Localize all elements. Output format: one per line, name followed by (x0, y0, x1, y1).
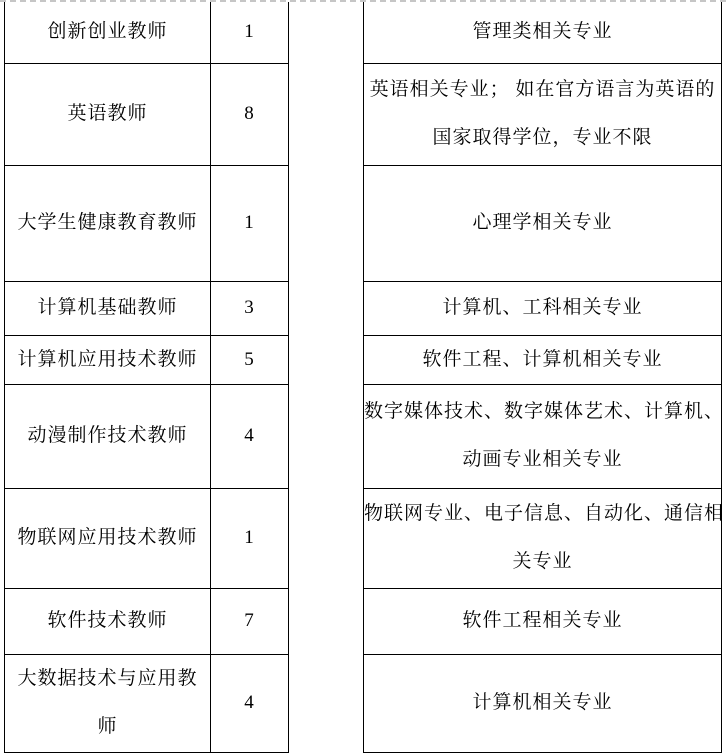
major-cell: 心理学相关专业 (364, 165, 722, 281)
document-page: 创新创业教师 1 管理类相关专业 英语教师 8 英语相关专业； 如在官方语言为英… (0, 0, 726, 753)
empty-spacer-cell (289, 2, 364, 753)
table-row: 计算机基础教师 3 计算机、工科相关专业 (5, 281, 722, 335)
count-cell: 5 (211, 335, 289, 384)
count-cell: 4 (211, 384, 289, 488)
table-row: 物联网应用技术教师 1 物联网专业、电子信息、自动化、通信相 关专业 (5, 488, 722, 588)
position-cell: 动漫制作技术教师 (5, 384, 211, 488)
count-cell: 1 (211, 165, 289, 281)
position-cell: 软件技术教师 (5, 588, 211, 654)
position-cell: 英语教师 (5, 63, 211, 165)
table-row: 创新创业教师 1 管理类相关专业 (5, 2, 722, 63)
major-cell: 软件工程、计算机相关专业 (364, 335, 722, 384)
major-cell: 管理类相关专业 (364, 2, 722, 63)
position-cell: 大学生健康教育教师 (5, 165, 211, 281)
table-row: 大数据技术与应用教 师 4 计算机相关专业 (5, 654, 722, 753)
count-cell: 4 (211, 654, 289, 753)
count-cell: 1 (211, 488, 289, 588)
table-row: 英语教师 8 英语相关专业； 如在官方语言为英语的 国家取得学位，专业不限 (5, 63, 722, 165)
major-cell: 计算机相关专业 (364, 654, 722, 753)
count-cell: 8 (211, 63, 289, 165)
count-cell: 1 (211, 2, 289, 63)
position-cell: 大数据技术与应用教 师 (5, 654, 211, 753)
position-cell: 物联网应用技术教师 (5, 488, 211, 588)
major-cell: 数字媒体技术、数字媒体艺术、计算机、 动画专业相关专业 (364, 384, 722, 488)
major-cell: 英语相关专业； 如在官方语言为英语的 国家取得学位，专业不限 (364, 63, 722, 165)
count-cell: 3 (211, 281, 289, 335)
position-cell: 创新创业教师 (5, 2, 211, 63)
position-cell: 计算机基础教师 (5, 281, 211, 335)
position-cell: 计算机应用技术教师 (5, 335, 211, 384)
table-row: 大学生健康教育教师 1 心理学相关专业 (5, 165, 722, 281)
table-row: 计算机应用技术教师 5 软件工程、计算机相关专业 (5, 335, 722, 384)
major-cell: 软件工程相关专业 (364, 588, 722, 654)
count-cell: 7 (211, 588, 289, 654)
table-row: 动漫制作技术教师 4 数字媒体技术、数字媒体艺术、计算机、 动画专业相关专业 (5, 384, 722, 488)
table-row: 软件技术教师 7 软件工程相关专业 (5, 588, 722, 654)
major-cell: 计算机、工科相关专业 (364, 281, 722, 335)
recruitment-table: 创新创业教师 1 管理类相关专业 英语教师 8 英语相关专业； 如在官方语言为英… (4, 2, 722, 753)
major-cell: 物联网专业、电子信息、自动化、通信相 关专业 (364, 488, 722, 588)
